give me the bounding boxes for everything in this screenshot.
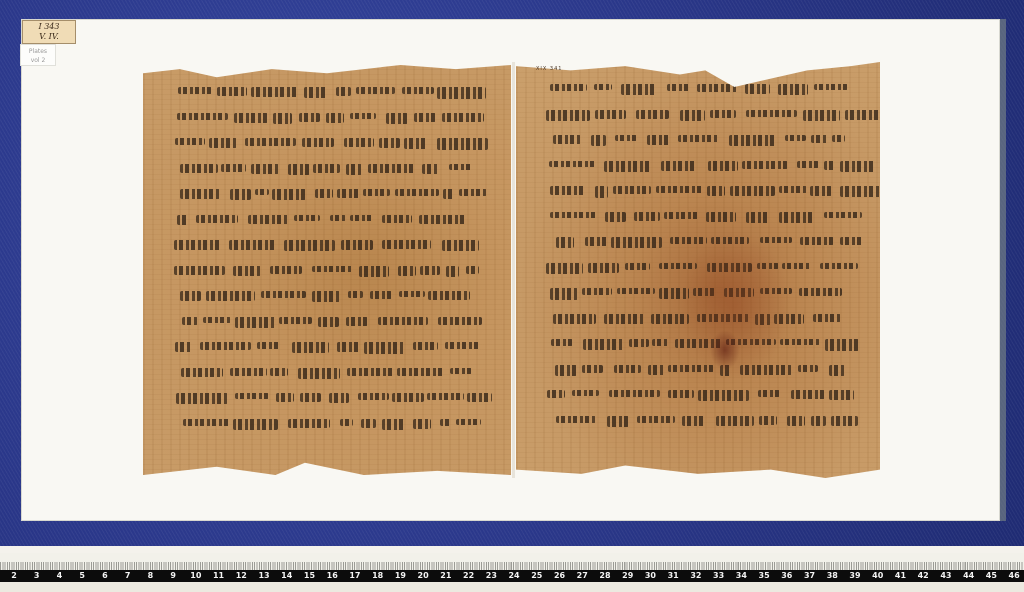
glyph-group	[446, 266, 459, 278]
glyph-group	[829, 390, 854, 400]
glyph-group	[664, 212, 700, 219]
glyph-group	[209, 138, 237, 148]
glyph-group	[251, 164, 279, 174]
glyph-group	[386, 113, 408, 124]
glyph-group	[358, 393, 390, 400]
glyph-group	[230, 368, 266, 376]
ruler-number: 25	[531, 570, 542, 582]
glyph-group	[299, 113, 320, 122]
text-line	[173, 360, 501, 386]
glyph-group	[245, 138, 295, 146]
volume-label-line2: vol 2	[21, 56, 55, 65]
accession-label-line1: I 343	[23, 22, 75, 32]
glyph-group	[288, 419, 330, 428]
glyph-group	[549, 161, 596, 167]
ruler-number: 15	[304, 570, 315, 582]
ruler-number: 2	[11, 570, 17, 582]
glyph-group	[652, 339, 669, 346]
glyph-group	[758, 390, 780, 397]
glyph-group	[553, 135, 581, 144]
glyph-group	[800, 237, 835, 245]
glyph-group	[404, 138, 427, 149]
glyph-group	[284, 240, 335, 251]
glyph-group	[298, 368, 340, 380]
glyph-group	[302, 138, 334, 147]
glyph-group	[550, 186, 586, 195]
ruler-number: 18	[372, 570, 383, 582]
glyph-group	[824, 212, 862, 219]
glyph-group	[248, 215, 289, 225]
ruler-number: 12	[236, 570, 247, 582]
glyph-group	[778, 84, 808, 95]
glyph-group	[442, 113, 484, 123]
glyph-group	[313, 164, 339, 174]
glyph-group	[279, 317, 312, 325]
ruler-number: 46	[1009, 570, 1020, 582]
glyph-group	[466, 266, 479, 274]
glyph-group	[656, 186, 704, 193]
glyph-group	[617, 288, 655, 294]
ruler-number: 37	[804, 570, 815, 582]
glyph-group	[759, 416, 776, 425]
glyph-group	[273, 113, 292, 125]
sheet-join	[512, 62, 515, 478]
glyph-group	[678, 135, 719, 142]
ruler-number: 41	[895, 570, 906, 582]
glyph-group	[174, 266, 225, 275]
glyph-group	[177, 215, 189, 226]
glyph-group	[611, 237, 661, 248]
glyph-group	[272, 189, 305, 200]
glyph-group	[398, 266, 416, 276]
glyph-group	[799, 288, 842, 296]
glyph-group	[594, 84, 612, 90]
glyph-group	[445, 342, 480, 349]
glyph-group	[629, 339, 649, 347]
glyph-group	[661, 161, 697, 171]
papyrus-left-sheet	[143, 65, 511, 475]
glyph-group	[329, 393, 350, 403]
text-line	[546, 76, 870, 102]
glyph-group	[668, 390, 694, 398]
glyph-group	[395, 189, 439, 196]
text-line	[546, 382, 870, 408]
ruler-number: 39	[849, 570, 860, 582]
glyph-group	[442, 240, 479, 251]
glyph-group	[680, 110, 706, 122]
glyph-group	[670, 237, 707, 244]
glyph-group	[785, 135, 805, 141]
glyph-group	[546, 110, 590, 122]
ruler-number: 8	[148, 570, 154, 582]
glyph-group	[368, 164, 415, 174]
glyph-group	[350, 215, 374, 221]
text-line	[546, 153, 870, 179]
glyph-group	[414, 113, 435, 123]
glyph-group	[443, 189, 455, 199]
text-line	[546, 127, 870, 153]
glyph-group	[233, 266, 261, 277]
glyph-group	[200, 342, 251, 350]
glyph-group	[413, 419, 431, 429]
glyph-group	[582, 365, 603, 373]
glyph-group	[235, 393, 269, 399]
ruler-number: 20	[418, 570, 429, 582]
text-line	[546, 204, 870, 230]
glyph-group	[621, 84, 656, 95]
glyph-group	[840, 237, 863, 245]
ruler-number: 44	[963, 570, 974, 582]
glyph-group	[811, 135, 828, 143]
glyph-group	[779, 186, 807, 193]
glyph-group	[547, 390, 565, 398]
ruler-number: 38	[827, 570, 838, 582]
ruler-number: 40	[872, 570, 883, 582]
glyph-group	[382, 215, 412, 223]
glyph-group	[270, 368, 288, 376]
glyph-group	[379, 138, 400, 148]
glyph-group	[555, 365, 576, 376]
glyph-group	[829, 365, 845, 376]
glyph-group	[428, 291, 470, 300]
glyph-group	[746, 110, 797, 117]
glyph-group	[344, 138, 374, 147]
glyph-group	[402, 87, 433, 94]
glyph-group	[787, 416, 804, 426]
glyph-group	[585, 237, 608, 246]
glyph-group	[648, 365, 665, 375]
text-line	[173, 130, 501, 156]
glyph-group	[217, 87, 247, 96]
glyph-group	[803, 110, 840, 121]
glyph-group	[831, 416, 858, 427]
ruler-number: 35	[759, 570, 770, 582]
ruler-number: 21	[440, 570, 451, 582]
glyph-group	[604, 314, 645, 324]
ruler-number: 5	[79, 570, 85, 582]
glyph-group	[604, 161, 651, 173]
text-line	[546, 102, 870, 128]
ruler-number: 17	[349, 570, 360, 582]
glyph-group	[708, 161, 738, 171]
glyph-group	[824, 161, 836, 171]
glyph-group	[797, 161, 819, 169]
glyph-group	[583, 339, 623, 350]
glyph-group	[382, 419, 406, 431]
glyph-group	[382, 240, 431, 249]
glyph-group	[706, 212, 736, 223]
glyph-group	[326, 113, 344, 124]
glyph-group	[832, 135, 845, 142]
glyph-group	[203, 317, 231, 323]
glyph-group	[294, 215, 320, 221]
glyph-group	[825, 339, 859, 351]
glyph-group	[591, 135, 606, 146]
glyph-group	[364, 342, 404, 354]
text-line	[173, 207, 501, 233]
glyph-group	[556, 237, 574, 248]
glyph-group	[230, 189, 251, 200]
glyph-group	[615, 135, 637, 141]
glyph-group	[180, 164, 218, 173]
accession-label: I 343 V. IV.	[22, 20, 76, 44]
ruler-ticks	[0, 553, 1024, 570]
glyph-group	[330, 215, 345, 221]
text-line	[173, 334, 501, 360]
column-marker: XIX 341	[536, 66, 562, 72]
scale-ruler: 2345678910111213141516171819202122232425…	[0, 553, 1024, 592]
glyph-group	[742, 161, 789, 170]
ruler-number: 34	[736, 570, 747, 582]
glyph-group	[745, 84, 769, 94]
glyph-group	[609, 390, 659, 397]
text-line	[173, 385, 501, 411]
glyph-group	[613, 186, 651, 194]
glyph-group	[221, 164, 246, 172]
glyph-group	[780, 339, 820, 345]
glyph-group	[312, 266, 353, 272]
glyph-group	[175, 138, 205, 145]
ruler-number: 19	[395, 570, 406, 582]
ruler-number: 24	[508, 570, 519, 582]
ruler-number: 27	[577, 570, 588, 582]
ruler-number: 42	[918, 570, 929, 582]
text-line	[173, 79, 501, 105]
ruler-number: 30	[645, 570, 656, 582]
glyph-group	[729, 135, 777, 146]
glyph-group	[556, 416, 596, 423]
glyph-group	[206, 291, 254, 301]
ruler-number: 13	[258, 570, 269, 582]
text-line	[173, 411, 501, 437]
glyph-group	[572, 390, 598, 396]
glyph-group	[340, 419, 353, 427]
glyph-group	[175, 342, 192, 352]
ruler-number: 23	[486, 570, 497, 582]
glyph-group	[605, 212, 626, 222]
glyph-group	[176, 393, 227, 404]
accession-label-line2: V. IV.	[23, 32, 75, 42]
glyph-group	[233, 419, 279, 431]
glyph-group	[820, 263, 858, 270]
glyph-group	[196, 215, 238, 223]
glyph-group	[798, 365, 819, 372]
glyph-group	[553, 314, 595, 325]
glyph-group	[456, 419, 481, 425]
glyph-group	[550, 84, 587, 91]
glyph-group	[840, 186, 883, 197]
glyph-group	[746, 212, 770, 223]
glyph-group	[337, 189, 360, 198]
glyph-group	[304, 87, 327, 98]
glyph-group	[392, 393, 423, 402]
glyph-group	[779, 212, 813, 223]
glyph-group	[467, 393, 491, 402]
glyph-group	[550, 288, 578, 300]
ruler-number: 14	[281, 570, 292, 582]
glyph-group	[438, 317, 482, 325]
glyph-group	[449, 164, 472, 170]
glyph-group	[397, 368, 445, 376]
ruler-number: 29	[622, 570, 633, 582]
ruler-number: 43	[940, 570, 951, 582]
glyph-group	[419, 215, 467, 224]
glyph-group	[588, 263, 619, 273]
text-line	[546, 408, 870, 434]
glyph-group	[356, 87, 395, 94]
glyph-group	[582, 288, 612, 295]
glyph-group	[346, 164, 362, 176]
text-line	[173, 181, 501, 207]
glyph-group	[459, 189, 487, 196]
glyph-group	[595, 110, 626, 120]
glyph-group	[180, 291, 201, 301]
glyph-group	[791, 390, 825, 399]
ruler-number: 33	[713, 570, 724, 582]
glyph-group	[178, 87, 212, 94]
glyph-group	[312, 291, 341, 302]
glyph-group	[318, 317, 339, 327]
glyph-group	[698, 390, 749, 401]
glyph-group	[845, 110, 886, 121]
glyph-group	[422, 164, 439, 175]
glyph-group	[707, 186, 725, 196]
mat-edge-shadow	[1000, 19, 1006, 521]
ruler-base	[0, 582, 1024, 592]
ruler-number: 11	[213, 570, 224, 582]
glyph-group	[361, 419, 376, 429]
glyph-group	[811, 416, 826, 426]
glyph-group	[716, 416, 755, 426]
text-line	[173, 156, 501, 182]
glyph-group	[420, 266, 440, 275]
glyph-group	[251, 87, 298, 97]
hieratic-text-left	[143, 65, 511, 475]
glyph-group	[546, 263, 583, 275]
glyph-group	[551, 339, 573, 346]
ruler-number-strip: 2345678910111213141516171819202122232425…	[0, 570, 1024, 582]
glyph-group	[174, 240, 222, 250]
glyph-group	[637, 416, 675, 424]
ruler-number: 7	[125, 570, 131, 582]
glyph-group	[810, 186, 832, 196]
glyph-group	[337, 342, 360, 352]
glyph-group	[336, 87, 351, 96]
text-line	[173, 309, 501, 335]
glyph-group	[614, 365, 641, 374]
ruler-number: 3	[34, 570, 40, 582]
text-line	[546, 178, 870, 204]
glyph-group	[550, 212, 597, 218]
glyph-group	[437, 138, 488, 150]
glyph-group	[235, 317, 276, 328]
glyph-group	[667, 84, 691, 91]
text-line	[173, 232, 501, 258]
glyph-group	[257, 342, 282, 349]
glyph-group	[229, 240, 277, 250]
glyph-group	[450, 368, 472, 374]
glyph-group	[181, 368, 223, 377]
glyph-group	[710, 110, 736, 118]
glyph-group	[315, 189, 333, 198]
glyph-group	[261, 291, 306, 298]
stain-dark	[710, 330, 740, 370]
ruler-number: 22	[463, 570, 474, 582]
glyph-group	[180, 189, 220, 199]
text-line	[173, 105, 501, 131]
glyph-group	[234, 113, 268, 123]
ruler-number: 6	[102, 570, 108, 582]
glyph-group	[607, 416, 629, 428]
ruler-number: 10	[190, 570, 201, 582]
glyph-group	[370, 291, 392, 299]
glyph-group	[413, 342, 438, 350]
glyph-group	[288, 164, 311, 176]
glyph-group	[182, 317, 198, 325]
glyph-group	[840, 161, 875, 173]
glyph-group	[636, 110, 669, 119]
glyph-group	[378, 317, 428, 325]
glyph-group	[276, 393, 294, 402]
glyph-group	[363, 189, 389, 196]
glyph-group	[183, 419, 230, 426]
ruler-number: 32	[690, 570, 701, 582]
text-line	[173, 258, 501, 284]
glyph-group	[595, 186, 608, 198]
glyph-group	[300, 393, 322, 402]
ruler-number: 31	[668, 570, 679, 582]
glyph-group	[440, 419, 453, 426]
glyph-group	[359, 266, 390, 278]
glyph-group	[814, 84, 848, 90]
glyph-group	[682, 416, 706, 426]
glyph-group	[346, 317, 367, 327]
glyph-group	[782, 263, 810, 270]
ruler-number: 4	[57, 570, 63, 582]
volume-label: Plates vol 2	[20, 44, 56, 66]
ruler-number: 16	[327, 570, 338, 582]
glyph-group	[348, 291, 363, 298]
glyph-group	[255, 189, 268, 195]
glyph-group	[647, 135, 672, 145]
glyph-group	[177, 113, 227, 120]
glyph-group	[437, 87, 487, 99]
ruler-number: 45	[986, 570, 997, 582]
ruler-number: 26	[554, 570, 565, 582]
glyph-group	[399, 291, 424, 297]
glyph-group	[813, 314, 842, 322]
volume-label-line1: Plates	[21, 47, 55, 56]
glyph-group	[427, 393, 464, 400]
glyph-group	[347, 368, 394, 377]
glyph-group	[730, 186, 776, 196]
ruler-number: 28	[599, 570, 610, 582]
glyph-group	[341, 240, 373, 250]
glyph-group	[350, 113, 376, 119]
glyph-group	[292, 342, 329, 353]
glyph-group	[625, 263, 650, 270]
ruler-number: 9	[170, 570, 176, 582]
text-line	[173, 283, 501, 309]
glyph-group	[634, 212, 659, 222]
ruler-number: 36	[781, 570, 792, 582]
glyph-group	[270, 266, 302, 275]
